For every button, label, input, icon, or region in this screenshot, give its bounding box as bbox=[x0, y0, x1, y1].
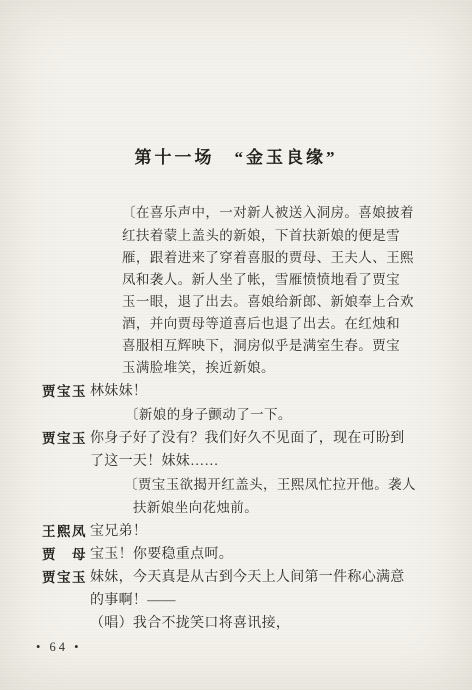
speaker-name: 贾宝玉 bbox=[42, 568, 90, 588]
dialogue-row: 贾宝玉妹妹，今天真是从古到今天上人间第一件称心满意 bbox=[42, 568, 405, 588]
scene-title: 第十一场 “金玉良缘” bbox=[0, 143, 472, 168]
dialogue-row: 贾 母宝玉！你要稳重点呵。 bbox=[42, 545, 233, 565]
speaker-name: 贾宝玉 bbox=[42, 382, 90, 402]
dialogue-text: 林妹妹！ bbox=[90, 384, 147, 399]
stage-direction-line: 〔在喜乐声中，一对新人被送入洞房。喜娘披着 bbox=[122, 203, 414, 223]
dialogue-row: 贾宝玉林妹妹！ bbox=[42, 382, 147, 402]
page-number: • 64 • bbox=[36, 640, 82, 655]
stage-direction-line: 玉满脸堆笑，挨近新娘。 bbox=[122, 358, 275, 378]
stage-direction-line: 扶新娘坐向花烛前。 bbox=[133, 498, 258, 518]
stage-direction-line: 凤和袭人。新人坐了帐，雪雁愤愤地看了贾宝 bbox=[122, 270, 400, 290]
stage-direction-line: 〔贾宝玉欲揭开红盖头，王熙凤忙拉开他。袭人 bbox=[124, 475, 416, 495]
scanned-script-page: 第十一场 “金玉良缘” 〔在喜乐声中，一对新人被送入洞房。喜娘披着 红扶着蒙上盖… bbox=[0, 0, 472, 690]
stage-direction-line: 酒，并向贾母等道喜后也退了出去。在红烛和 bbox=[122, 314, 400, 334]
stage-direction-line: 雁，跟着进来了穿着喜服的贾母、王夫人、王熙 bbox=[122, 248, 414, 268]
dialogue-row: 贾宝玉你身子好了没有？我们好久不见面了，现在可盼到 bbox=[42, 429, 405, 449]
speaker-name: 王熙凤 bbox=[42, 522, 90, 542]
dialogue-row: 王熙凤宝兄弟！ bbox=[42, 522, 147, 542]
dialogue-text: 你身子好了没有？我们好久不见面了，现在可盼到 bbox=[90, 431, 405, 446]
dialogue-text: 的事啊！—— bbox=[90, 591, 176, 611]
dialogue-text: 妹妹，今天真是从古到今天上人间第一件称心满意 bbox=[90, 570, 405, 585]
stage-direction-line: 〔新娘的身子颤动了一下。 bbox=[125, 405, 292, 425]
stage-direction-line: 喜服相互辉映下，洞房似乎是满室生春。贾宝 bbox=[122, 336, 400, 356]
stage-direction-line: 红扶着蒙上盖头的新娘，下首扶新娘的便是雪 bbox=[122, 226, 400, 246]
stage-direction-line: 玉一眼，退了出去。喜娘给新郎、新娘奉上合欢 bbox=[122, 292, 414, 312]
dialogue-text: 宝兄弟！ bbox=[90, 524, 147, 539]
speaker-name: 贾 母 bbox=[42, 545, 90, 565]
dialogue-text: （唱）我合不拢笑口将喜讯接， bbox=[90, 614, 290, 634]
speaker-name: 贾宝玉 bbox=[42, 429, 90, 449]
dialogue-text: 了这一天！妹妹…… bbox=[90, 452, 219, 472]
dialogue-text: 宝玉！你要稳重点呵。 bbox=[90, 547, 233, 562]
